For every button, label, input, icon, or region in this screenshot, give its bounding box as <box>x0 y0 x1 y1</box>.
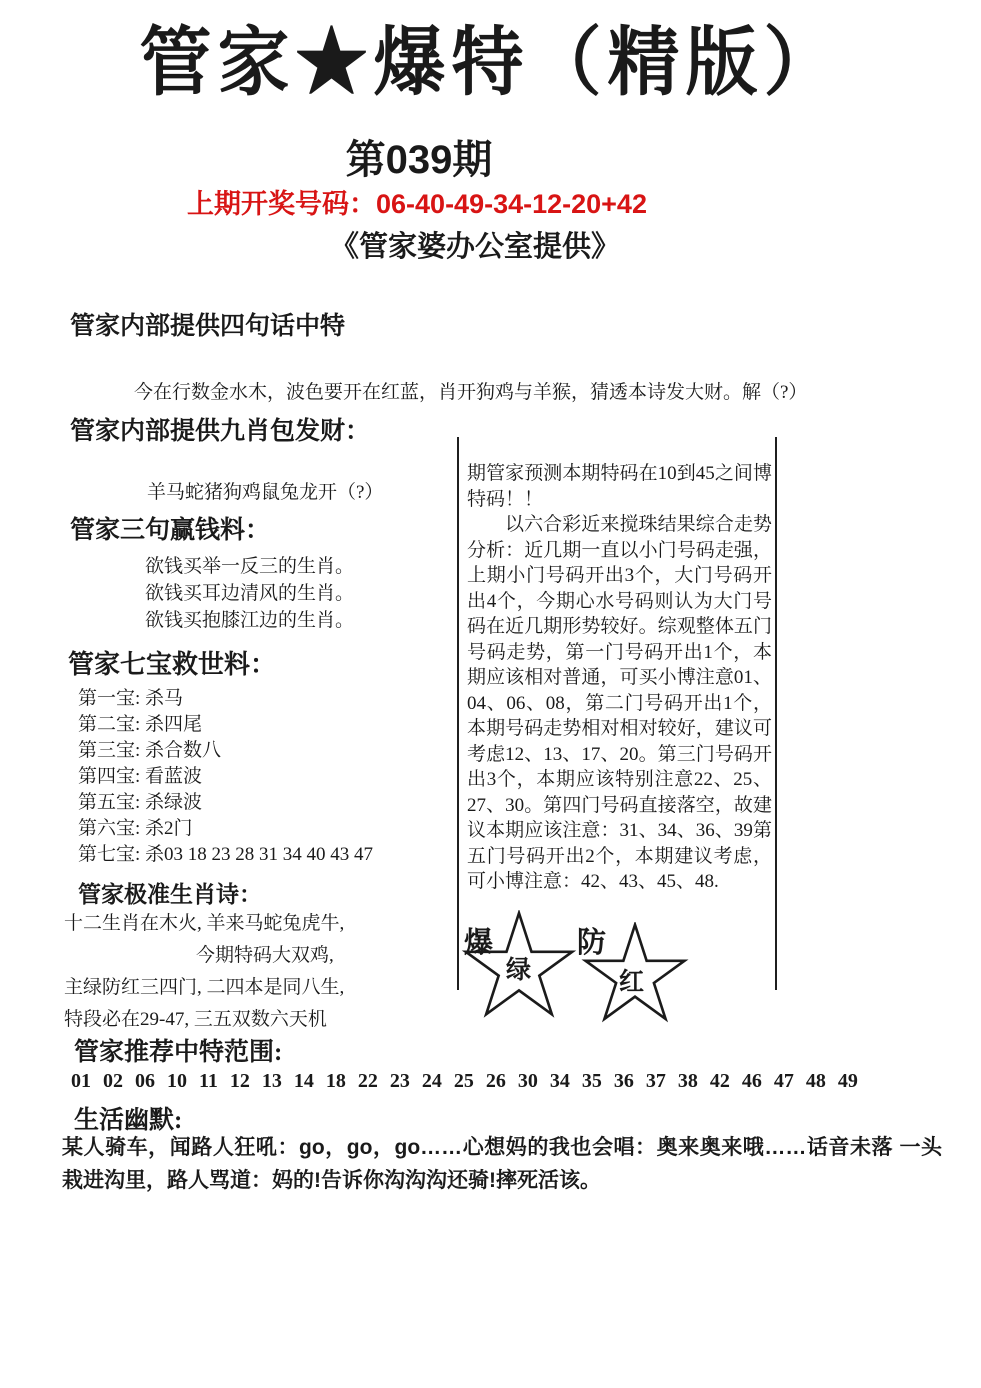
four-sentence-verse: 今在行数金水木，波色要开在红蓝，肖开狗鸡与羊猴，猜透本诗发大财。解（?） <box>134 377 807 404</box>
star2-outer-label: 防 <box>577 920 606 961</box>
recommend-numbers: 01 02 06 10 11 12 13 14 18 22 23 24 25 2… <box>71 1070 858 1093</box>
section-heading-three-tips: 管家三句赢钱料： <box>70 510 270 546</box>
treasure-label: 第五宝: <box>78 790 145 816</box>
treasure-row: 第三宝:杀合数八 <box>78 738 373 764</box>
treasure-label: 第七宝: <box>78 842 145 868</box>
star1-inner-label: 绿 <box>506 950 531 986</box>
treasure-value: 杀合数八 <box>145 740 221 761</box>
tip-line: 欲钱买举一反三的生肖。 <box>145 553 354 580</box>
treasure-value: 杀03 18 23 28 31 34 40 43 47 <box>145 844 373 865</box>
treasure-row: 第六宝:杀2门 <box>78 816 373 842</box>
treasure-value: 杀2门 <box>145 818 193 839</box>
section-heading-recommend: 管家推荐中特范围: <box>74 1032 282 1068</box>
section-heading-four-sentence: 管家内部提供四句话中特 <box>70 306 345 342</box>
poem-line: 十二生肖在木火, 羊来马蛇兔虎牛, <box>64 908 344 935</box>
treasure-value: 杀马 <box>145 688 183 709</box>
section-heading-zodiac-poem: 管家极准生肖诗： <box>78 876 262 909</box>
treasure-value: 杀四尾 <box>145 714 202 735</box>
provider-line: 《管家婆办公室提供》 <box>0 224 950 265</box>
section-heading-nine-zodiac: 管家内部提供九肖包发财： <box>70 411 370 447</box>
prediction-panel: 期管家预测本期特码在10到45之间博特码！！ 以六合彩近来搅珠结果综合走势分析：… <box>457 437 777 990</box>
treasure-label: 第一宝: <box>78 686 145 712</box>
treasure-label: 第四宝: <box>78 764 145 790</box>
three-tips-list: 欲钱买举一反三的生肖。 欲钱买耳边清风的生肖。 欲钱买抱膝江边的生肖。 <box>145 553 354 634</box>
nine-zodiac-line: 羊马蛇猪狗鸡鼠兔龙开（?） <box>147 477 383 504</box>
treasure-label: 第三宝: <box>78 738 145 764</box>
treasure-row: 第七宝:杀03 18 23 28 31 34 40 43 47 <box>78 842 373 868</box>
poem-line: 主绿防红三四门, 二四本是同八生, <box>64 972 344 999</box>
treasure-row: 第四宝:看蓝波 <box>78 764 373 790</box>
issue-number: 第039期 <box>0 128 838 185</box>
treasure-value: 看蓝波 <box>145 766 202 787</box>
last-draw-numbers: 上期开奖号码：06-40-49-34-12-20+42 <box>0 182 834 221</box>
poem-line: 特段必在29-47, 三五双数六天机 <box>64 1004 327 1031</box>
seven-treasures-list: 第一宝:杀马 第二宝:杀四尾 第三宝:杀合数八 第四宝:看蓝波 第五宝:杀绿波 … <box>78 686 373 868</box>
star2-inner-label: 红 <box>619 962 644 998</box>
treasure-row: 第一宝:杀马 <box>78 686 373 712</box>
humor-text: 某人骑车，闻路人狂吼：go，go，go……心想妈的我也会唱：奥来奥来哦……话音未… <box>62 1131 942 1197</box>
treasure-row: 第五宝:杀绿波 <box>78 790 373 816</box>
tip-line: 欲钱买抱膝江边的生肖。 <box>145 607 354 634</box>
treasure-row: 第二宝:杀四尾 <box>78 712 373 738</box>
treasure-label: 第六宝: <box>78 816 145 842</box>
treasure-value: 杀绿波 <box>145 792 202 813</box>
masthead-title: 管家★爆特（精版） <box>0 22 981 104</box>
lottery-tip-sheet: 管家★爆特（精版） 第039期 上期开奖号码：06-40-49-34-12-20… <box>0 0 981 1388</box>
star1-outer-label: 爆 <box>464 920 493 961</box>
section-heading-seven-treasures: 管家七宝救世料： <box>68 644 276 681</box>
prediction-intro: 期管家预测本期特码在10到45之间博特码！！ <box>467 461 772 512</box>
tip-line: 欲钱买耳边清风的生肖。 <box>145 580 354 607</box>
prediction-analysis: 以六合彩近来搅珠结果综合走势分析：近几期一直以小门号码走强，上期小门号码开出3个… <box>467 512 772 895</box>
poem-line: 今期特码大双鸡, <box>196 940 334 967</box>
treasure-label: 第二宝: <box>78 712 145 738</box>
